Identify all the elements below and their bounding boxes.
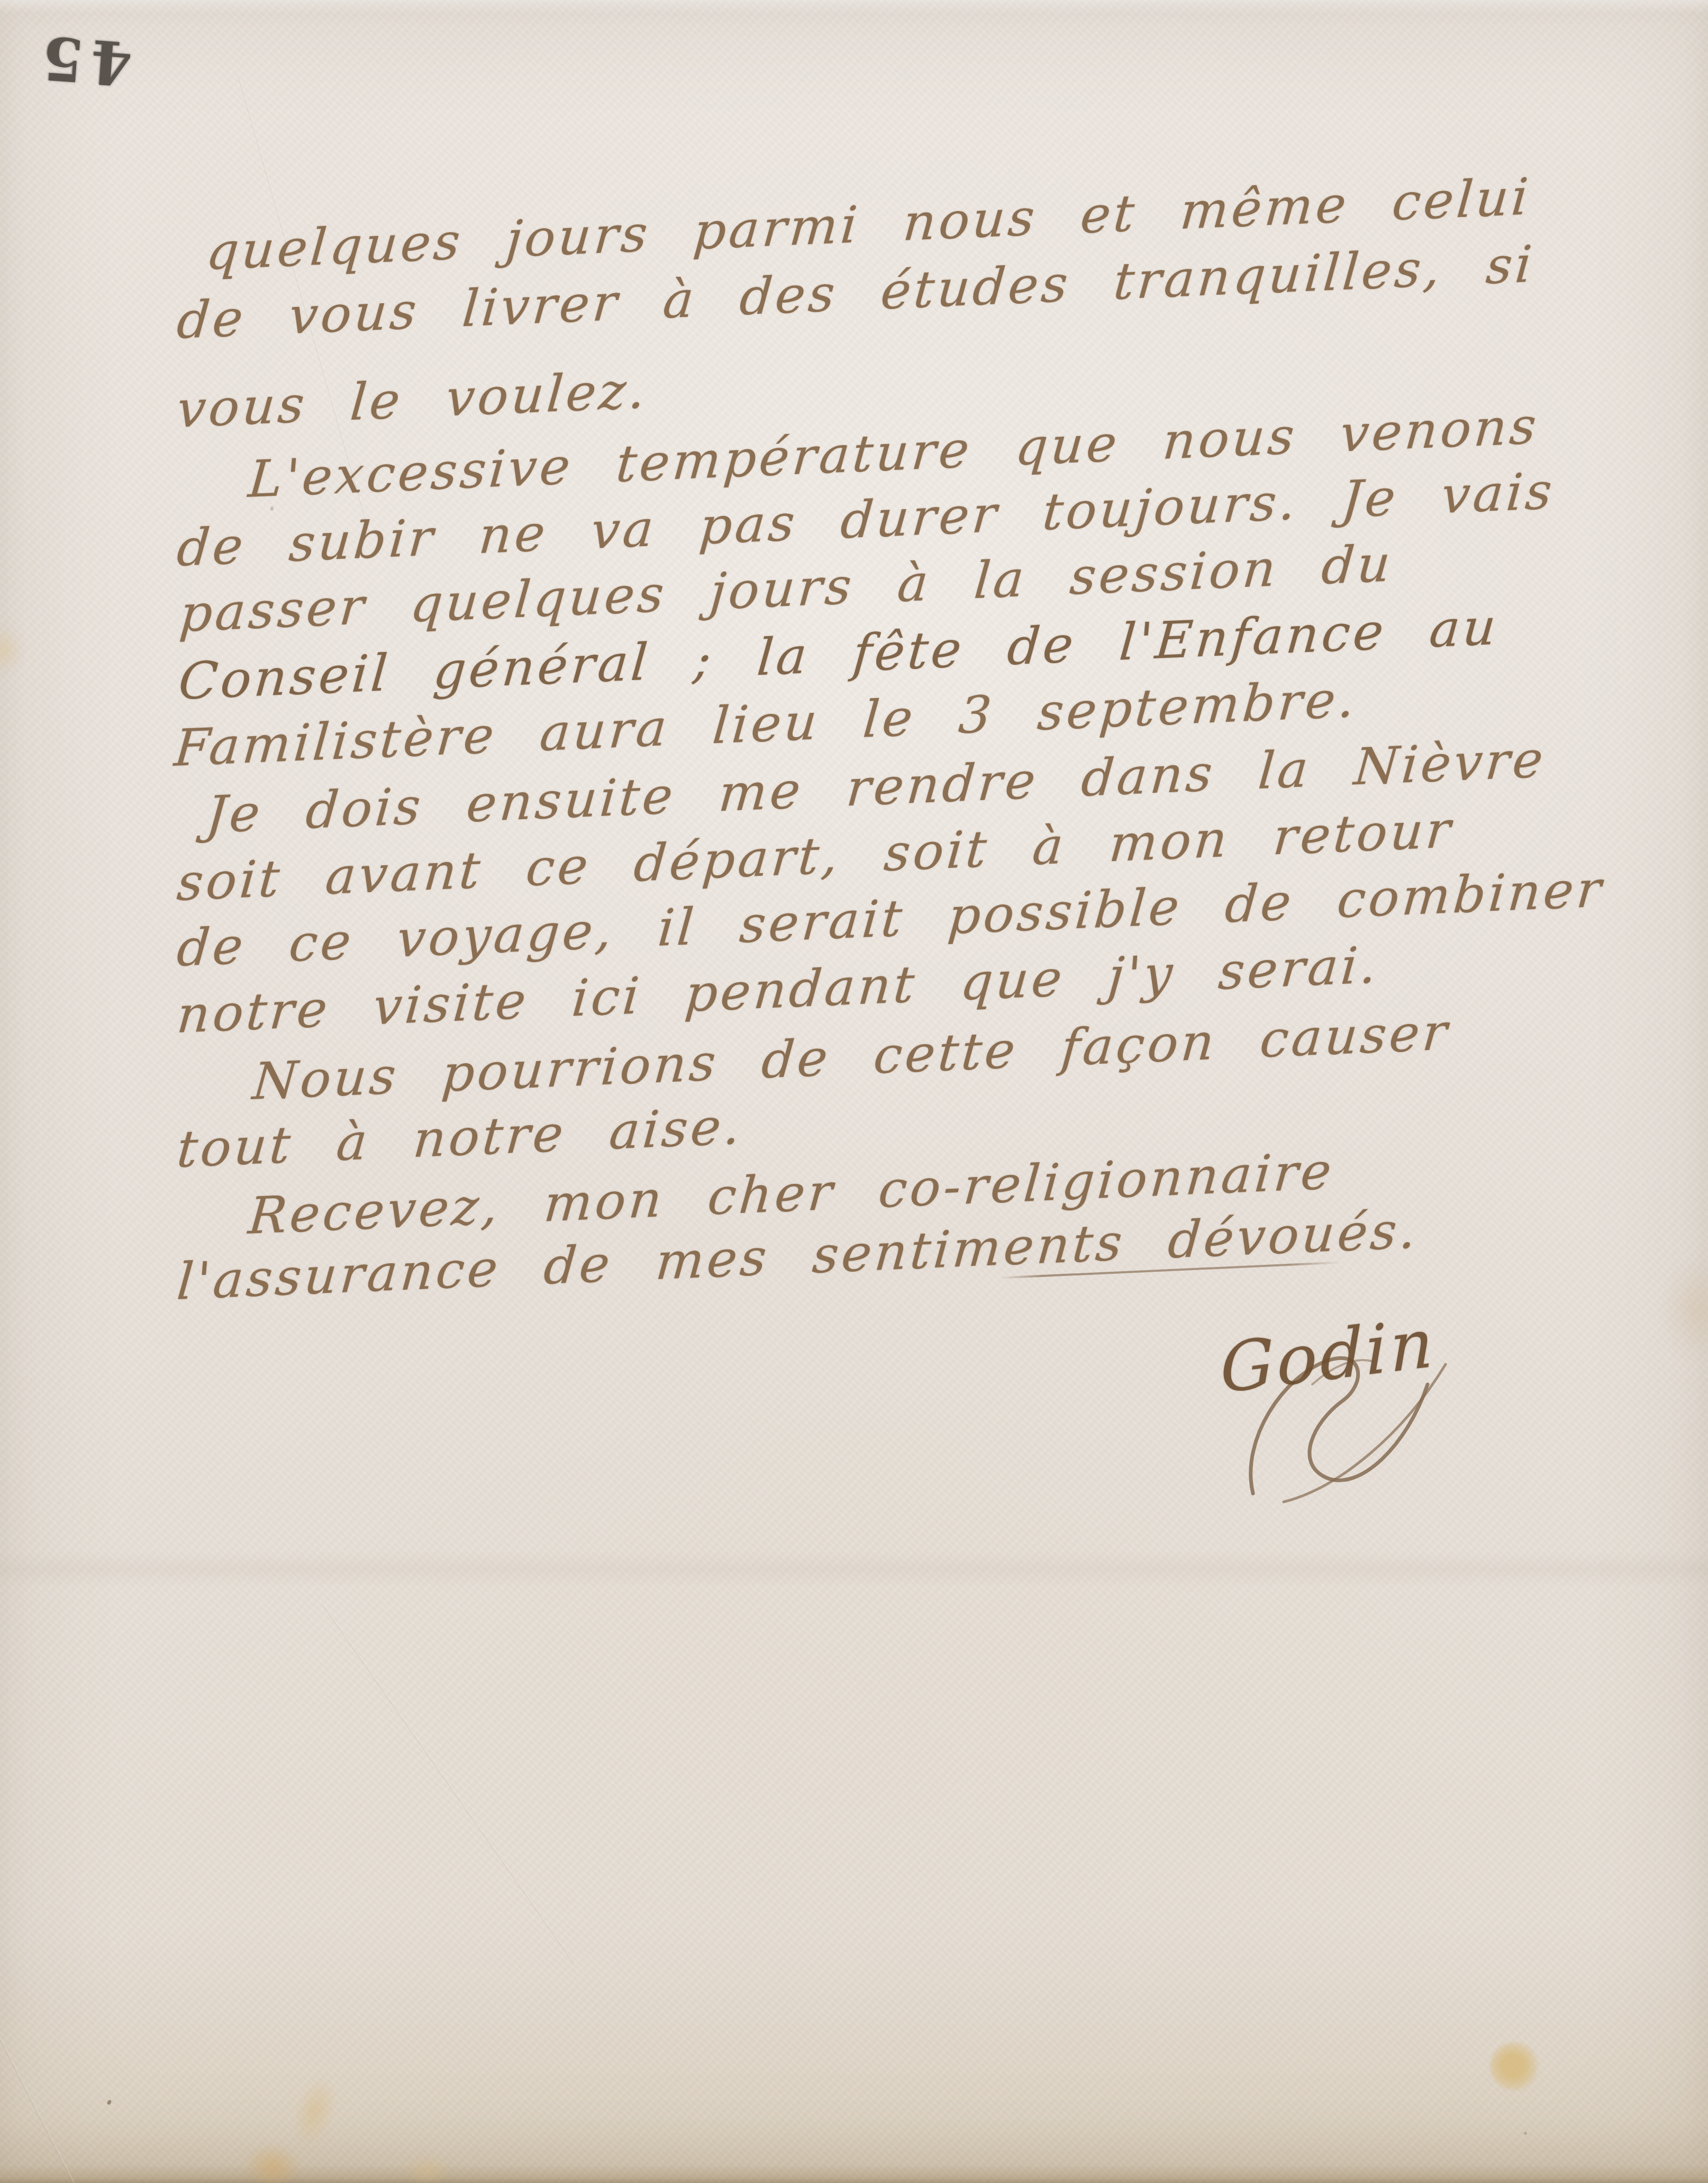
- stain: [1662, 1260, 1708, 1360]
- crease-bottom-left-corner: [0, 2026, 76, 2183]
- fold-shadow-band: [0, 1551, 1708, 1588]
- bottom-edge-shadow: [0, 2165, 1708, 2183]
- crease-bottom-middle: [323, 1605, 576, 1965]
- stain: [284, 2070, 346, 2153]
- ink-speck: [106, 2099, 112, 2105]
- letter-line: vous le voulez.: [175, 365, 650, 435]
- stain: [243, 2143, 302, 2183]
- signature-flourish-icon: [1233, 1334, 1466, 1508]
- letter-line: tout à notre aise.: [175, 1100, 745, 1174]
- page-number-stamp: 45: [33, 22, 135, 98]
- top-edge-highlight: [0, 0, 1708, 14]
- ink-speck: [1524, 2132, 1527, 2135]
- ink-speck: [270, 506, 274, 511]
- stain: [1490, 2042, 1541, 2090]
- stain: [403, 2155, 452, 2183]
- manuscript-letter-page: 45 quelques jours parmi nous et même cel…: [0, 0, 1708, 2183]
- stain: [0, 624, 24, 675]
